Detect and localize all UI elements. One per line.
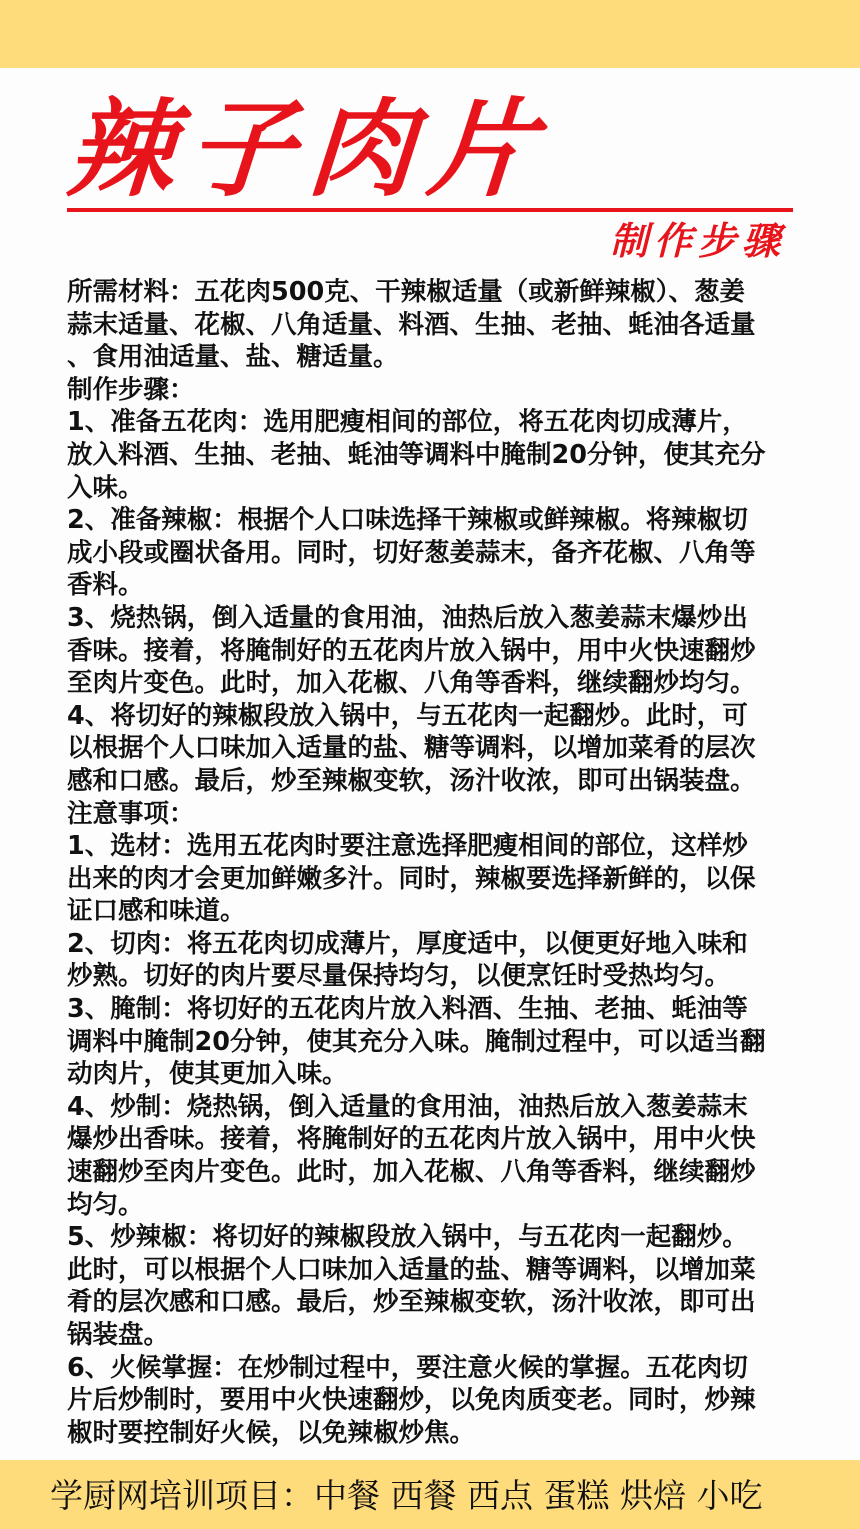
- step-line: 3、烧热锅，倒入适量的食用油，油热后放入葱姜蒜末爆炒出: [67, 602, 807, 635]
- step-line: 入味。: [67, 472, 807, 505]
- note-line: 炒熟。切好的肉片要尽量保持均匀，以便烹饪时受热均匀。: [67, 960, 807, 993]
- step-line: 香料。: [67, 569, 807, 602]
- note-line: 3、腌制：将切好的五花肉片放入料酒、生抽、老抽、蚝油等: [67, 993, 807, 1026]
- note-line: 肴的层次感和口感。最后，炒至辣椒变软，汤汁收浓，即可出: [67, 1286, 807, 1319]
- note-line: 1、选材：选用五花肉时要注意选择肥瘦相间的部位，这样炒: [67, 830, 807, 863]
- top-band: [0, 0, 860, 68]
- step-line: 1、准备五花肉：选用肥瘦相间的部位，将五花肉切成薄片，: [67, 406, 807, 439]
- note-line: 2、切肉：将五花肉切成薄片，厚度适中，以便更好地入味和: [67, 928, 807, 961]
- recipe-body: 所需材料：五花肉500克、干辣椒适量（或新鲜辣椒）、葱姜 蒜末适量、花椒、八角适…: [67, 276, 807, 1449]
- note-line: 4、炒制：烧热锅，倒入适量的食用油，油热后放入葱姜蒜末: [67, 1091, 807, 1124]
- step-line: 成小段或圈状备用。同时，切好葱姜蒜末，备齐花椒、八角等: [67, 537, 807, 570]
- note-line: 锅装盘。: [67, 1319, 807, 1352]
- steps-heading: 制作步骤：: [67, 374, 807, 407]
- step-line: 4、将切好的辣椒段放入锅中，与五花肉一起翻炒。此时，可: [67, 700, 807, 733]
- page-subtitle: 制作步骤: [610, 220, 786, 262]
- note-line: 6、火候掌握：在炒制过程中，要注意火候的掌握。五花肉切: [67, 1352, 807, 1385]
- note-line: 此时，可以根据个人口味加入适量的盐、糖等调料，以增加菜: [67, 1254, 807, 1287]
- note-line: 动肉片，使其更加入味。: [67, 1058, 807, 1091]
- ingredients-line: 所需材料：五花肉500克、干辣椒适量（或新鲜辣椒）、葱姜: [67, 276, 807, 309]
- note-line: 5、炒辣椒：将切好的辣椒段放入锅中，与五花肉一起翻炒。: [67, 1221, 807, 1254]
- step-line: 感和口感。最后，炒至辣椒变软，汤汁收浓，即可出锅装盘。: [67, 765, 807, 798]
- step-line: 放入料酒、生抽、老抽、蚝油等调料中腌制20分钟，使其充分: [67, 439, 807, 472]
- note-line: 调料中腌制20分钟，使其充分入味。腌制过程中，可以适当翻: [67, 1026, 807, 1059]
- ingredients-line: 蒜末适量、花椒、八角适量、料酒、生抽、老抽、蚝油各适量: [67, 309, 807, 342]
- page-title: 辣子肉片: [64, 92, 552, 208]
- note-line: 均匀。: [67, 1189, 807, 1222]
- step-line: 2、准备辣椒：根据个人口味选择干辣椒或鲜辣椒。将辣椒切: [67, 504, 807, 537]
- notes-heading: 注意事项：: [67, 798, 807, 831]
- step-line: 以根据个人口味加入适量的盐、糖等调料，以增加菜肴的层次: [67, 732, 807, 765]
- note-line: 片后炒制时，要用中火快速翻炒，以免肉质变老。同时，炒辣: [67, 1384, 807, 1417]
- note-line: 速翻炒至肉片变色。此时，加入花椒、八角等香料，继续翻炒: [67, 1156, 807, 1189]
- footer-training-programs: 学厨网培训项目：中餐 西餐 西点 蛋糕 烘焙 小吃: [50, 1475, 762, 1517]
- note-line: 出来的肉才会更加鲜嫩多汁。同时，辣椒要选择新鲜的，以保: [67, 863, 807, 896]
- ingredients-line: 、食用油适量、盐、糖适量。: [67, 341, 807, 374]
- title-divider: [67, 208, 793, 212]
- note-line: 证口感和味道。: [67, 895, 807, 928]
- step-line: 香味。接着，将腌制好的五花肉片放入锅中，用中火快速翻炒: [67, 635, 807, 668]
- note-line: 爆炒出香味。接着，将腌制好的五花肉片放入锅中，用中火快: [67, 1123, 807, 1156]
- note-line: 椒时要控制好火候，以免辣椒炒焦。: [67, 1417, 807, 1450]
- step-line: 至肉片变色。此时，加入花椒、八角等香料，继续翻炒均匀。: [67, 667, 807, 700]
